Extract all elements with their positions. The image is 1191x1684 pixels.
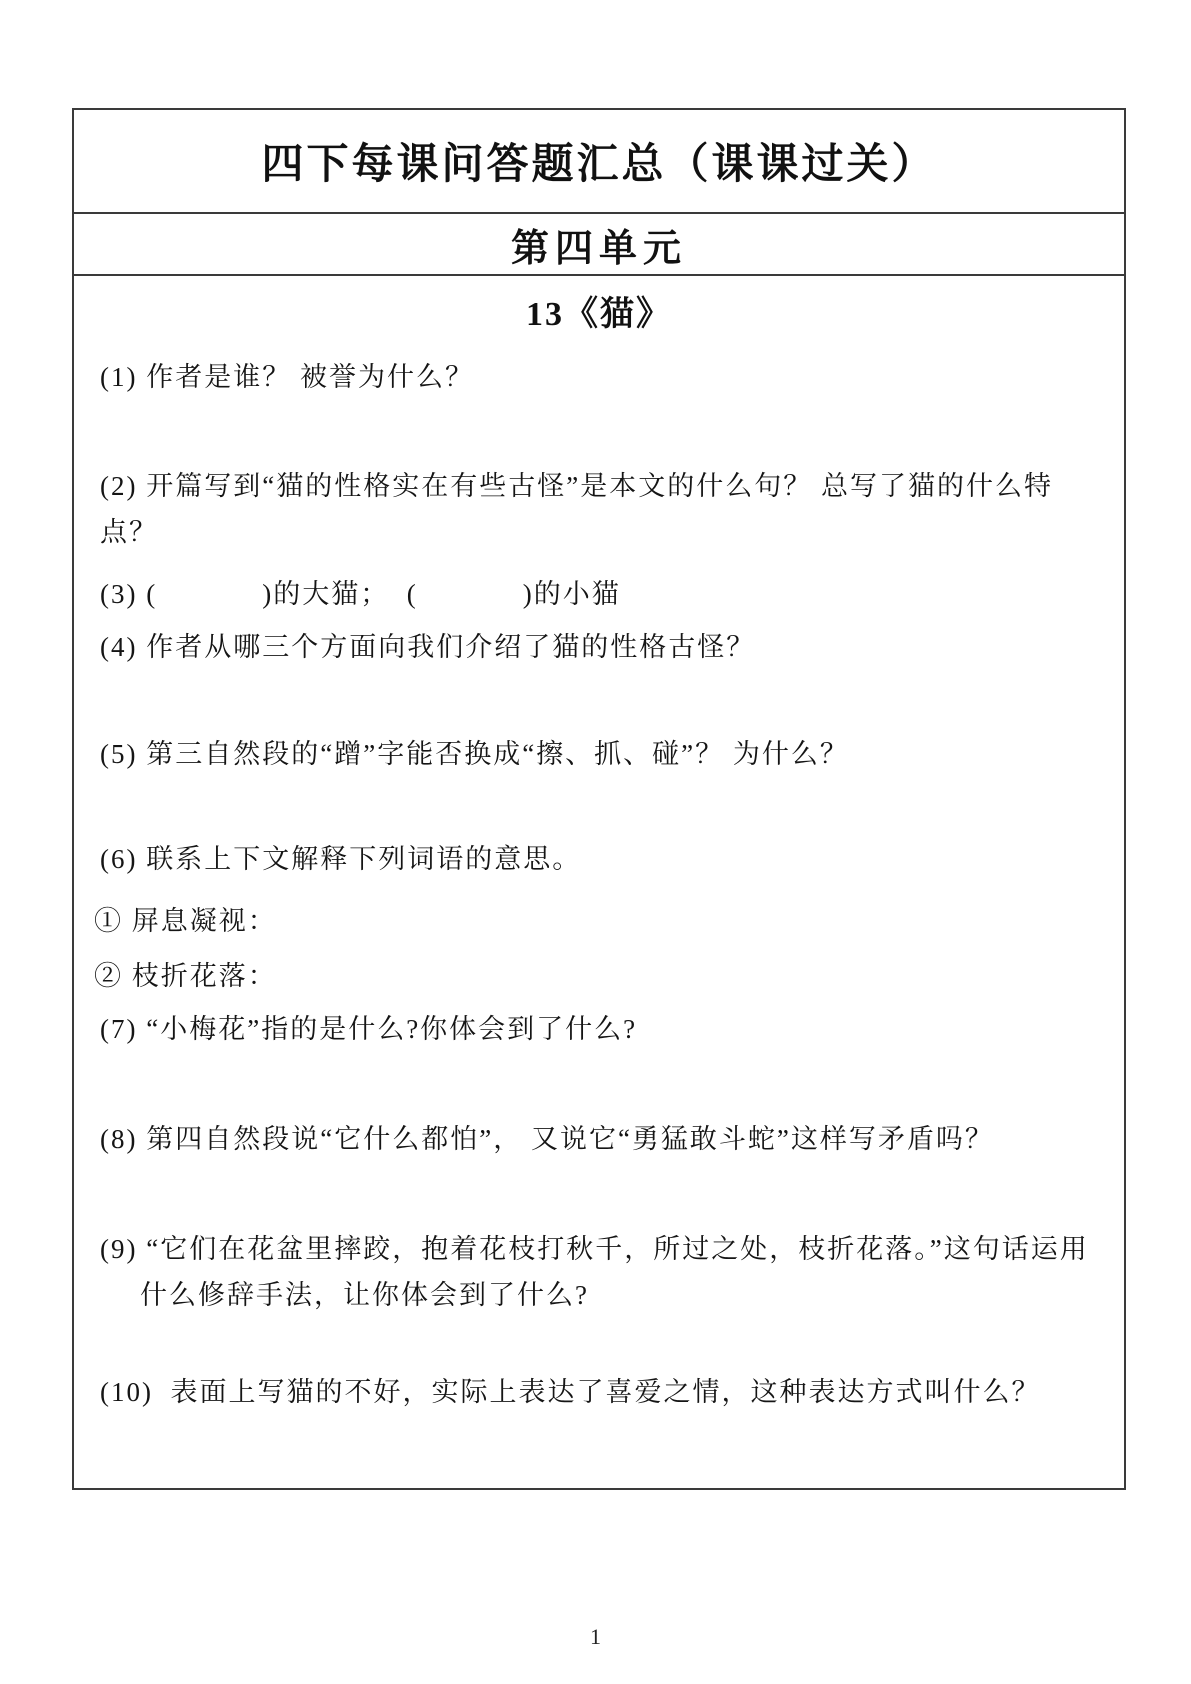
- question-8: (8) 第四自然段说“它什么都怕”， 又说它“勇猛敢斗蛇”这样写矛盾吗？: [100, 1116, 1096, 1162]
- question-3: (3) ( )的大猫； ( )的小猫: [100, 571, 1096, 617]
- page-number: 1: [0, 1624, 1191, 1650]
- question-7: (7) “小梅花”指的是什么?你体会到了什么?: [100, 1006, 1096, 1052]
- content-cell: 13《猫》 (1) 作者是谁？ 被誉为什么？ (2) 开篇写到“猫的性格实在有些…: [74, 276, 1124, 1488]
- question-1: (1) 作者是谁？ 被誉为什么？: [100, 354, 1096, 400]
- question-10: (10) 表面上写猫的不好，实际上表达了喜爱之情，这种表达方式叫什么？: [100, 1369, 1096, 1415]
- question-2: (2) 开篇写到“猫的性格实在有些古怪”是本文的什么句？ 总写了猫的什么特点？: [100, 463, 1096, 555]
- question-5: (5) 第三自然段的“蹭”字能否换成“擦、抓、碰”？ 为什么？: [100, 731, 1096, 777]
- worksheet-table: 四下每课问答题汇总（课课过关） 第四单元 13《猫》 (1) 作者是谁？ 被誉为…: [72, 108, 1126, 1490]
- question-9: (9) “它们在花盆里摔跤，抱着花枝打秋千，所过之处，枝折花落。”这句话运用什么…: [100, 1226, 1096, 1318]
- unit-row: 第四单元: [74, 214, 1124, 276]
- title-row: 四下每课问答题汇总（课课过关）: [74, 110, 1124, 214]
- lesson-heading: 13《猫》: [74, 293, 1124, 337]
- sub-item-1: ① 屏息凝视：: [94, 898, 1096, 944]
- page-title: 四下每课问答题汇总（课课过关）: [261, 131, 936, 191]
- question-6: (6) 联系上下文解释下列词语的意思。: [100, 836, 1096, 882]
- document-page: 四下每课问答题汇总（课课过关） 第四单元 13《猫》 (1) 作者是谁？ 被誉为…: [0, 0, 1191, 1684]
- question-4: (4) 作者从哪三个方面向我们介绍了猫的性格古怪？: [100, 624, 1096, 670]
- unit-title: 第四单元: [511, 217, 687, 272]
- sub-item-2: ② 枝折花落：: [94, 953, 1096, 999]
